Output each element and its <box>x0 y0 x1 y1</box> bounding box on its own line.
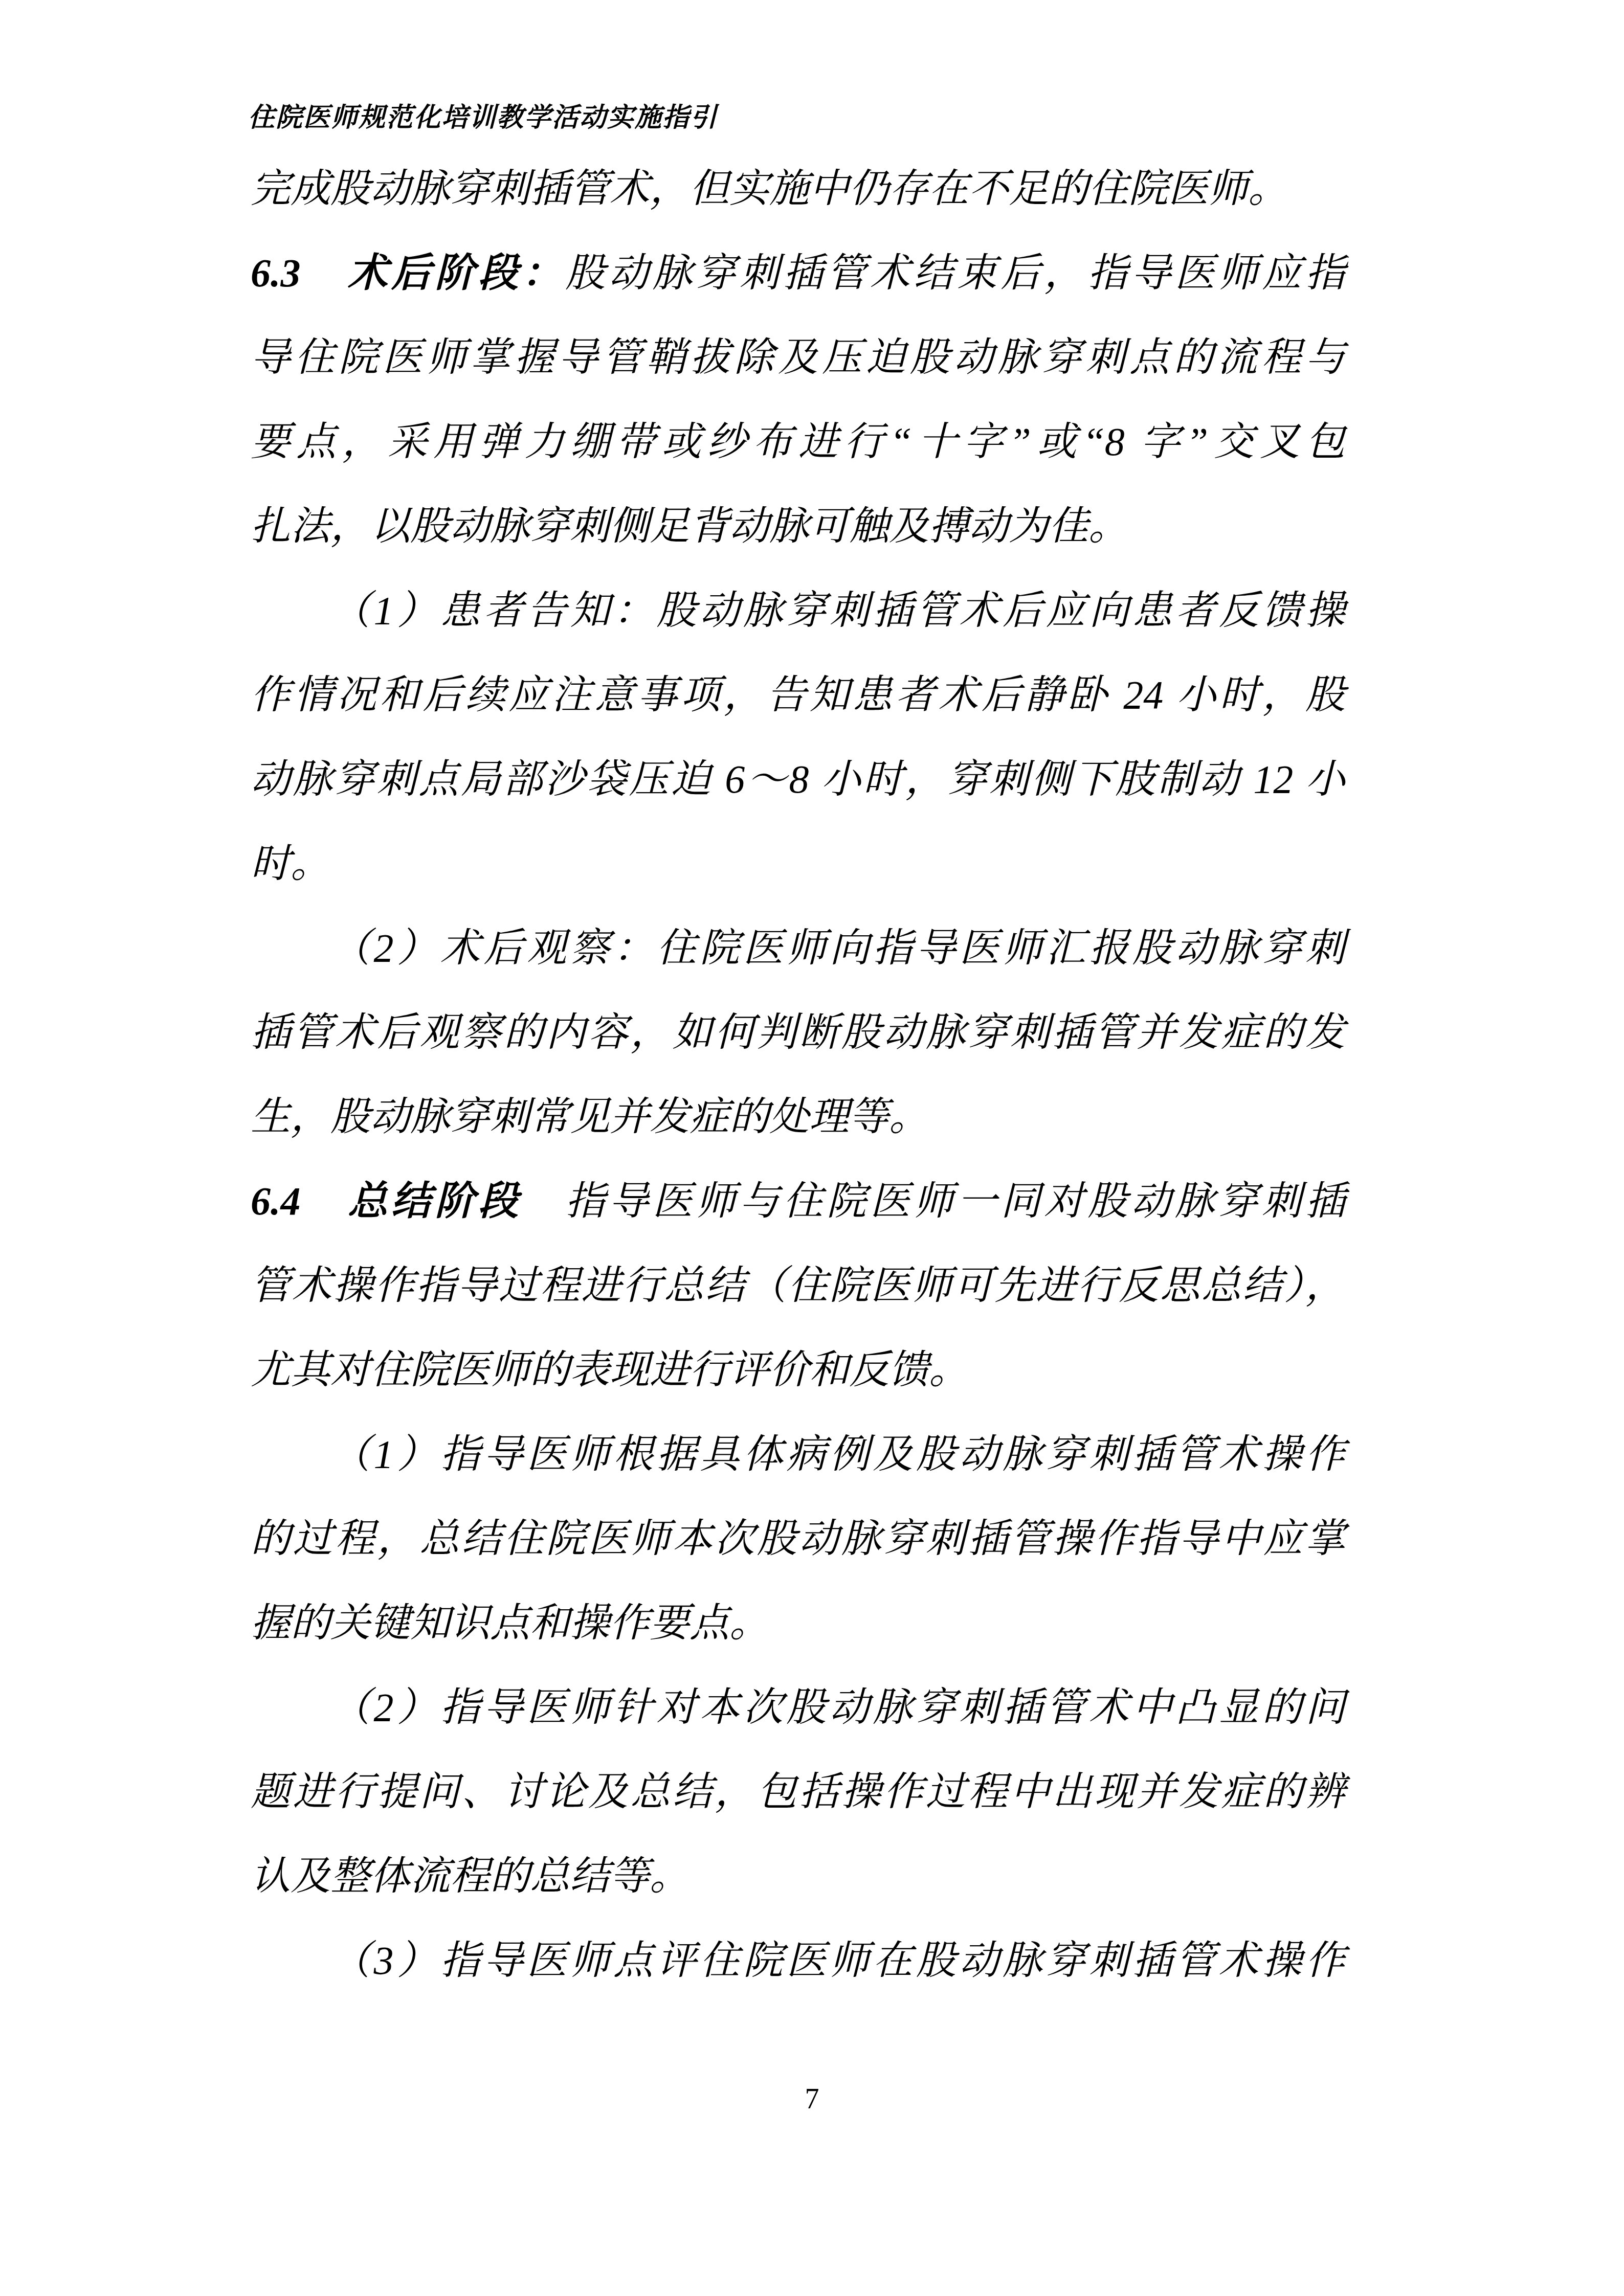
text-line: （1）指导医师根据具体病例及股动脉穿刺插管术操作 <box>251 1412 1345 1496</box>
text-line: 认及整体流程的总结等。 <box>251 1834 1345 1918</box>
text-line: 题进行提问、讨论及总结，包括操作过程中出现并发症的辨 <box>251 1749 1345 1834</box>
page-number: 7 <box>0 2081 1624 2117</box>
text-line: 要点，采用弹力绷带或纱布进行“十字”或“8 字”交叉包 <box>251 399 1345 484</box>
text-line: 时。 <box>251 821 1345 906</box>
text-run: 时。 <box>251 841 330 886</box>
text-run: 题进行提问、讨论及总结，包括操作过程中出现并发症的辨 <box>251 1769 1345 1814</box>
text-line: （1）患者告知：股动脉穿刺插管术后应向患者反馈操 <box>251 568 1345 652</box>
text-run: 要点，采用弹力绷带或纱布进行“十字”或“8 字”交叉包 <box>251 419 1345 464</box>
text-run: 导住院医师掌握导管鞘拔除及压迫股动脉穿刺点的流程与 <box>251 335 1345 379</box>
text-run: 生，股动脉穿刺常见并发症的处理等。 <box>251 1094 929 1139</box>
running-header: 住院医师规范化培训教学活动实施指引 <box>248 102 718 134</box>
text-run: 作情况和后续应注意事项，告知患者术后静卧 24 小时，股 <box>251 672 1345 717</box>
text-run: 管术操作指导过程进行总结（住院医师可先进行反思总结）， <box>251 1263 1345 1308</box>
text-run: 扎法，以股动脉穿刺侧足背动脉可触及搏动为佳。 <box>251 504 1128 548</box>
text-run: 股动脉穿刺插管术结束后，指导医师应指 <box>565 251 1345 295</box>
text-run: （2）术后观察：住院医师向指导医师汇报股动脉穿刺 <box>330 926 1345 970</box>
text-run: 完成股动脉穿刺插管术，但实施中仍存在不足的住院医师。 <box>251 166 1288 211</box>
text-line: （2）术后观察：住院医师向指导医师汇报股动脉穿刺 <box>251 906 1345 990</box>
text-run: 握的关键知识点和操作要点。 <box>251 1601 769 1645</box>
text-run: 指导医师与住院医师一同对股动脉穿刺插 <box>522 1179 1345 1223</box>
text-run: （1）指导医师根据具体病例及股动脉穿刺插管术操作 <box>330 1432 1345 1476</box>
text-line: 作情况和后续应注意事项，告知患者术后静卧 24 小时，股 <box>251 652 1345 737</box>
document-page: 住院医师规范化培训教学活动实施指引 完成股动脉穿刺插管术，但实施中仍存在不足的住… <box>0 0 1624 2296</box>
text-run: 插管术后观察的内容，如何判断股动脉穿刺插管并发症的发 <box>251 1010 1345 1054</box>
text-run: 尤其对住院医师的表现进行评价和反馈。 <box>251 1347 969 1392</box>
text-line: 的过程，总结住院医师本次股动脉穿刺插管操作指导中应掌 <box>251 1496 1345 1581</box>
text-line: 6.3 术后阶段：股动脉穿刺插管术结束后，指导医师应指 <box>251 231 1345 315</box>
text-line: （3）指导医师点评住院医师在股动脉穿刺插管术操作 <box>251 1918 1345 2002</box>
text-run: （2）指导医师针对本次股动脉穿刺插管术中凸显的问 <box>330 1685 1345 1729</box>
text-line: 6.4 总结阶段 指导医师与住院医师一同对股动脉穿刺插 <box>251 1159 1345 1243</box>
text-run: 动脉穿刺点局部沙袋压迫 6～8 小时，穿刺侧下肢制动 12 小 <box>251 757 1345 801</box>
text-line: 握的关键知识点和操作要点。 <box>251 1581 1345 1665</box>
text-line: 导住院医师掌握导管鞘拔除及压迫股动脉穿刺点的流程与 <box>251 315 1345 399</box>
text-run: （1）患者告知：股动脉穿刺插管术后应向患者反馈操 <box>330 588 1345 633</box>
bold-text-run: 6.3 术后阶段： <box>251 251 565 295</box>
text-line: 完成股动脉穿刺插管术，但实施中仍存在不足的住院医师。 <box>251 146 1345 231</box>
text-line: 尤其对住院医师的表现进行评价和反馈。 <box>251 1327 1345 1412</box>
document-body: 完成股动脉穿刺插管术，但实施中仍存在不足的住院医师。6.3 术后阶段：股动脉穿刺… <box>251 146 1345 2002</box>
text-line: 动脉穿刺点局部沙袋压迫 6～8 小时，穿刺侧下肢制动 12 小 <box>251 737 1345 821</box>
text-run: 认及整体流程的总结等。 <box>251 1854 689 1898</box>
text-line: 扎法，以股动脉穿刺侧足背动脉可触及搏动为佳。 <box>251 484 1345 568</box>
bold-text-run: 6.4 总结阶段 <box>251 1179 522 1223</box>
text-line: 插管术后观察的内容，如何判断股动脉穿刺插管并发症的发 <box>251 990 1345 1074</box>
text-line: 生，股动脉穿刺常见并发症的处理等。 <box>251 1074 1345 1159</box>
text-run: （3）指导医师点评住院医师在股动脉穿刺插管术操作 <box>330 1938 1345 1983</box>
text-run: 的过程，总结住院医师本次股动脉穿刺插管操作指导中应掌 <box>251 1516 1345 1561</box>
text-line: （2）指导医师针对本次股动脉穿刺插管术中凸显的问 <box>251 1665 1345 1749</box>
text-line: 管术操作指导过程进行总结（住院医师可先进行反思总结）， <box>251 1243 1345 1327</box>
